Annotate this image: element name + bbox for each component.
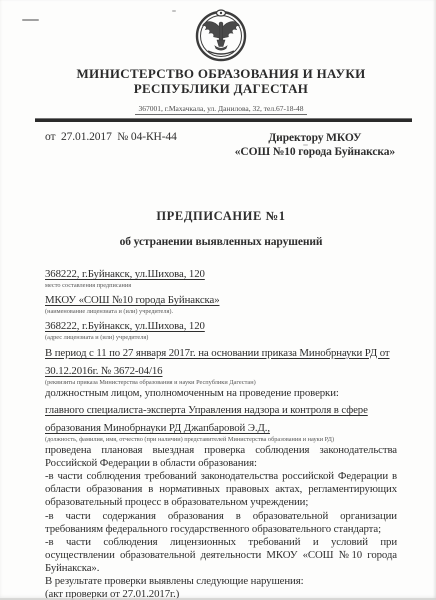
scan-artifact-dash — [22, 19, 39, 21]
field-licensee-name-caption: (наименование лицензиата и (или) учредит… — [45, 308, 397, 315]
ministry-title-line1: МИНИСТЕРСТВО ОБРАЗОВАНИЯ И НАУКИ — [45, 66, 397, 81]
body-paragraph: -в части содержания образования в образо… — [45, 510, 397, 536]
document-subtitle: об устранении выявленных нарушений — [45, 236, 397, 248]
field-official-value: главного специалиста-эксперта Управления… — [45, 404, 368, 434]
addressee-block: Директору МКОУ «СОШ №10 города Буйнакска… — [235, 131, 395, 159]
ministry-address: 367001, г.Махачкала, ул. Данилова, 32, т… — [135, 104, 308, 115]
scanned-document-page: МИНИСТЕРСТВО ОБРАЗОВАНИЯ И НАУКИ РЕСПУБЛ… — [0, 0, 436, 600]
field-licensee-address-caption: (адрес лицензиата и (или) учредителя) — [45, 334, 397, 341]
scan-artifact-speck — [303, 144, 308, 146]
body-paragraph: В результате проверки выявлены следующие… — [45, 575, 397, 588]
document-title: ПРЕДПИСАНИЕ №1 — [45, 209, 397, 224]
scan-artifact-speck — [172, 10, 176, 12]
field-licensee-name: МКОУ «СОШ №10 города Буйнакска» (наимено… — [45, 290, 397, 315]
document-body: должностным лицом, уполномоченным на про… — [45, 387, 397, 600]
field-licensee-name-value: МКОУ «СОШ №10 города Буйнакска» — [45, 294, 220, 306]
field-order-details-value: В период с 11 по 27 января 2017г. на осн… — [45, 347, 390, 377]
header-divider-rule — [35, 118, 412, 122]
field-place-caption: место составления предписания — [45, 282, 397, 289]
field-official: главного специалиста-эксперта Управления… — [45, 400, 397, 443]
body-paragraph: проведена плановая выездная проверка соб… — [45, 444, 397, 470]
body-paragraph: -в части соблюдения лицензионных требова… — [45, 536, 397, 575]
coat-of-arms-dagestan-icon — [193, 6, 249, 64]
field-official-caption: (должность, фамилия, имя, отчество (при … — [45, 436, 397, 443]
field-licensee-address-value: 368222, г.Буйнакск, ул.Шихова, 120 — [45, 320, 205, 332]
addressee-line1: Директору МКОУ — [235, 131, 395, 145]
field-order-details: В период с 11 по 27 января 2017г. на осн… — [45, 343, 397, 386]
official-intro: должностным лицом, уполномоченным на про… — [45, 387, 397, 400]
ministry-title-line2: РЕСПУБЛИКИ ДАГЕСТАН — [45, 81, 397, 96]
reference-row: от 27.01.2017 № 04-КН-44 Директору МКОУ … — [45, 131, 397, 159]
field-order-details-caption: (реквизиты приказа Министерства образова… — [45, 379, 397, 386]
field-place-value: 368222, г.Буйнакск, ул.Шихова, 120 — [45, 268, 205, 280]
addressee-line2: «СОШ №10 города Буйнакска» — [235, 145, 395, 159]
body-paragraph: -в части соблюдения требований законодат… — [45, 470, 397, 509]
field-licensee-address: 368222, г.Буйнакск, ул.Шихова, 120 (адре… — [45, 316, 397, 341]
header-address-row: 367001, г.Махачкала, ул. Данилова, 32, т… — [45, 98, 397, 116]
field-place: 368222, г.Буйнакск, ул.Шихова, 120 место… — [45, 264, 397, 289]
form-fields: 368222, г.Буйнакск, ул.Шихова, 120 место… — [45, 264, 397, 386]
document-date-number: от 27.01.2017 № 04-КН-44 — [45, 131, 177, 159]
